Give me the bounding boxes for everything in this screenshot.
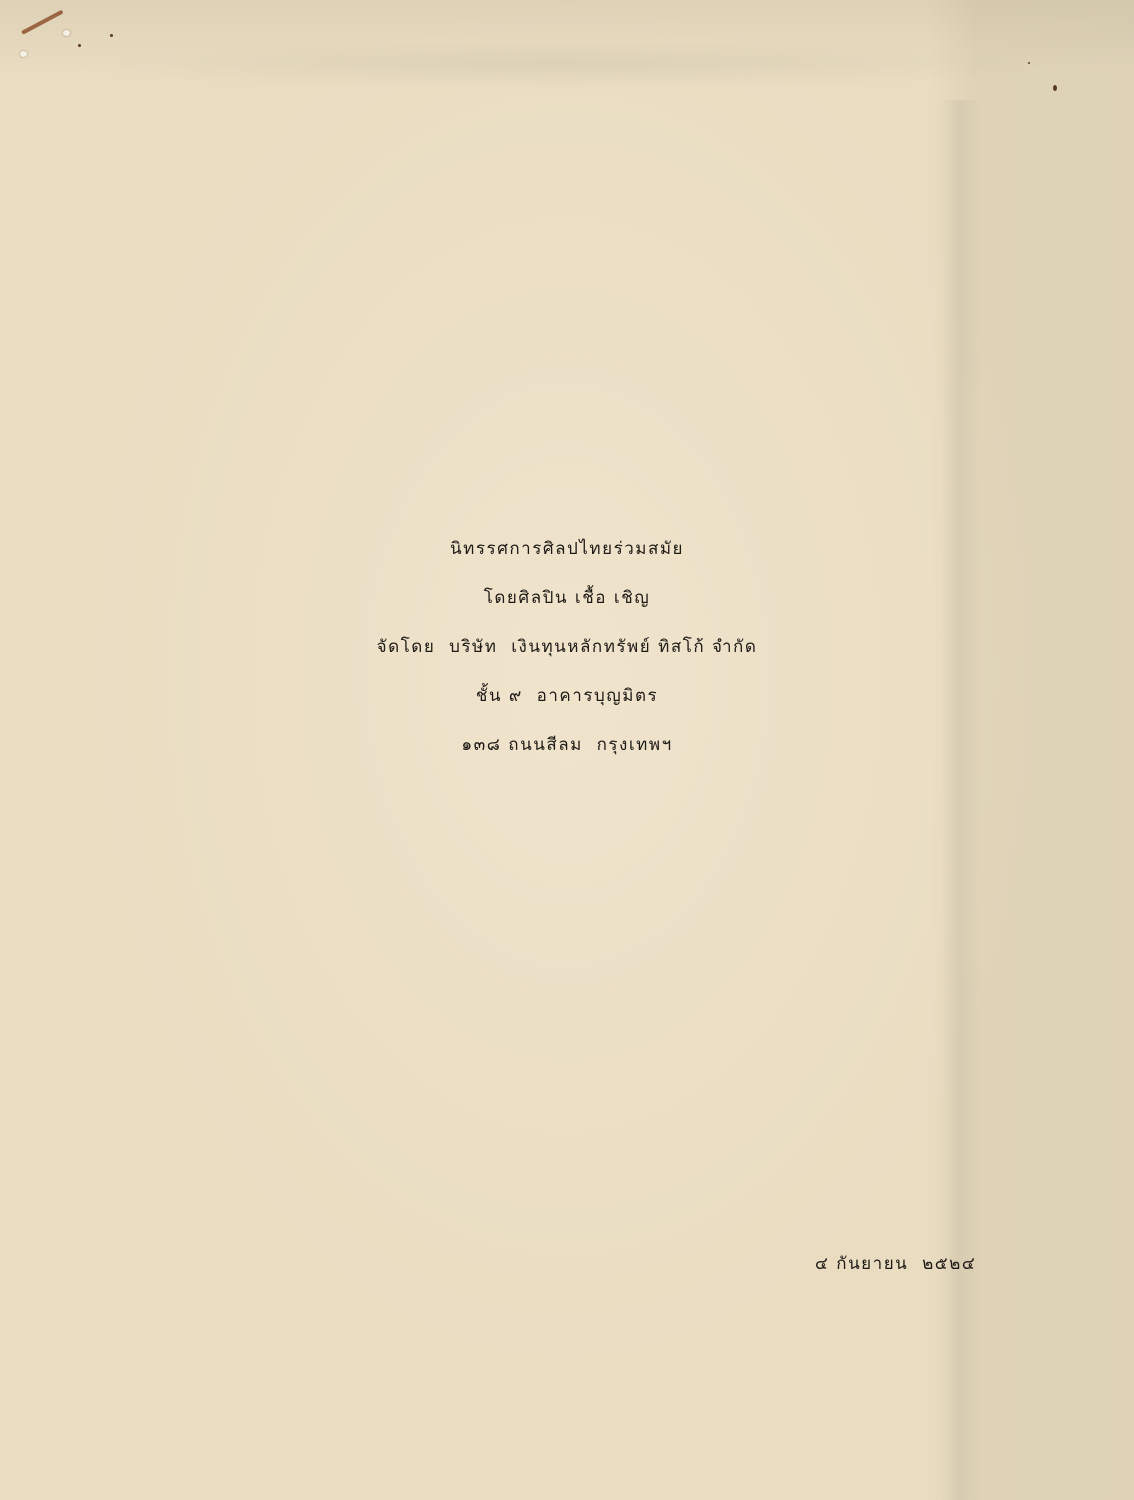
paper-speck <box>78 44 81 47</box>
exhibition-title: นิทรรศการศิลปไทยร่วมสมัย <box>0 537 1134 586</box>
paper-speck <box>1053 85 1057 91</box>
organizer-line: จัดโดย บริษัท เงินทุนหลักทรัพย์ ทิสโก้ จ… <box>0 635 1134 684</box>
address-line: ๑๓๘ ถนนสีลม กรุงเทพฯ <box>0 733 1134 782</box>
staple-hole <box>63 30 70 36</box>
document-date: ๔ กันยายน ๒๕๒๔ <box>815 1250 976 1277</box>
paper-speck <box>1028 62 1030 64</box>
staple-hole <box>20 51 27 57</box>
paper-fold-shadow <box>940 100 980 1500</box>
paper-speck <box>110 34 113 37</box>
artist-line: โดยศิลปิน เชื้อ เชิญ <box>0 586 1134 635</box>
floor-building-line: ชั้น ๙ อาคารบุญมิตร <box>0 684 1134 733</box>
exhibition-text-block: นิทรรศการศิลปไทยร่วมสมัย โดยศิลปิน เชื้อ… <box>0 537 1134 782</box>
paper-stain <box>60 40 1060 90</box>
